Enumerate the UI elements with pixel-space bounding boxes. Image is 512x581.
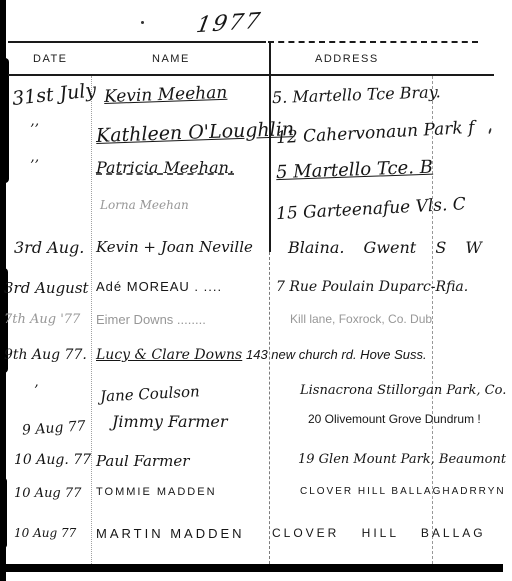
guestbook-scan-page: 1977 DATE NAME ADDRESS 31st July Kevin M…	[0, 0, 512, 581]
table-row: 3rd August Adé MOREAU . .... 7 Rue Poula…	[0, 279, 512, 311]
entry-address: 7 Rue Poulain Duparc-Rfia.	[276, 279, 512, 295]
table-row: 10 Aug 77 Tommie Madden CLOVER HILL BALL…	[0, 486, 512, 518]
entry-name: Lucy & Clare Downs	[96, 347, 268, 363]
entry-address: CLOVER HILL BALLAG	[272, 526, 508, 540]
entry-name: Kevin + Joan Neville	[96, 238, 268, 256]
entry-address: Lisnacrona Stillorgan Park, Co.	[300, 383, 512, 398]
entry-name: Kathleen O'Loughlin	[96, 119, 269, 147]
entry-date: 3rd August	[4, 279, 100, 297]
entries: 31st July Kevin Meehan 5. Martello Tce B…	[0, 0, 512, 581]
entry-address: 19 Glen Mount Park, Beaumont	[298, 452, 512, 467]
entry-name: Kevin Meehan	[104, 81, 277, 107]
entry-date: ’’	[30, 122, 106, 138]
entry-date: 10 Aug 77	[14, 486, 90, 501]
entry-address: 5. Martello Tce Bray.	[272, 80, 509, 107]
table-row: 9 Aug 77 Jimmy Farmer 20 Olivemount Grov…	[0, 412, 512, 444]
entry-name: Jane Coulson	[100, 379, 273, 406]
entry-name: Tommie Madden	[96, 486, 268, 498]
entry-address: 15 Garteenafue Vls. C	[276, 192, 512, 224]
entry-address: 12 Cahervonaun Park f	[276, 116, 512, 148]
table-row: Lorna Meehan 15 Garteenafue Vls. C	[0, 198, 512, 230]
entry-address: 143 new church rd. Hove Suss.	[246, 347, 482, 362]
table-row: 7th Aug '77 Eimer Downs ........ Kill la…	[0, 312, 512, 344]
entry-date: 7th Aug '77	[4, 312, 80, 327]
entry-address: 20 Olivemount Grove Dundrum !	[308, 412, 512, 426]
table-row: ’’ Patricia Meehan. 5 Martello Tce. B	[0, 158, 512, 190]
entry-date: 10 Aug 77	[14, 526, 90, 540]
entry-address: Kill lane, Foxrock, Co. Dub	[290, 312, 512, 326]
entry-address: 5 Martello Tce. B	[276, 154, 512, 183]
entry-date: 3rd Aug.	[14, 238, 90, 257]
entry-name: Eimer Downs ........	[96, 312, 268, 327]
entry-name: Paul Farmer	[96, 452, 268, 470]
table-row: ’’ Kathleen O'Loughlin 12 Cahervonaun Pa…	[0, 122, 512, 154]
entry-date: ’	[34, 383, 110, 399]
table-row: 31st July Kevin Meehan 5. Martello Tce B…	[0, 84, 512, 116]
entry-name: Jimmy Farmer	[112, 412, 284, 431]
table-row: 9th Aug 77. Lucy & Clare Downs 143 new c…	[0, 347, 512, 379]
table-row: ’ Jane Coulson Lisnacrona Stillorgan Par…	[0, 383, 512, 415]
entry-name: Lorna Meehan	[100, 198, 272, 212]
entry-date: 9 Aug 77	[22, 417, 99, 438]
table-row: 10 Aug 77 MARTIN MADDEN CLOVER HILL BALL…	[0, 526, 512, 558]
entry-date: 31st July	[11, 80, 89, 110]
table-row: 3rd Aug. Kevin + Joan Neville Blaina. Gw…	[0, 238, 512, 270]
entry-address: CLOVER HILL BALLAGHADRRYN	[300, 486, 512, 497]
entry-date: 10 Aug. 77	[14, 452, 90, 468]
entry-date: ’’	[30, 158, 106, 174]
entry-name: MARTIN MADDEN	[96, 526, 268, 541]
entry-name: Patricia Meehan.	[96, 158, 268, 177]
table-row: 10 Aug. 77 Paul Farmer 19 Glen Mount Par…	[0, 452, 512, 484]
entry-address: Blaina. Gwent S W	[288, 238, 512, 257]
entry-date: 9th Aug 77.	[4, 347, 80, 363]
entry-name: Adé MOREAU . ....	[96, 279, 268, 294]
